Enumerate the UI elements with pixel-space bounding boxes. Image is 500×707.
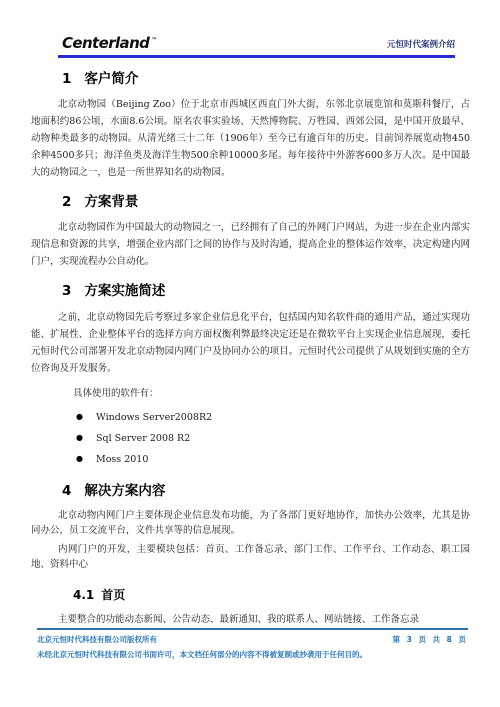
section-title: 方案背景 (84, 194, 138, 210)
section-number: 3 (62, 283, 71, 299)
paragraph: 北京动物内网门户主要体现企业信息发布功能，为了各部门更好地协作，加快办公效率，尤… (31, 508, 470, 538)
footer-divider (37, 628, 468, 630)
section-heading-1: 1客户简介 (62, 71, 470, 87)
bullet-icon: ● (76, 434, 83, 442)
company-logo: Centerland™ (62, 36, 157, 51)
paragraph: 北京动物园（Beijing Zoo）位于北京市西城区西直门外大街，东邻北京展览馆… (31, 96, 470, 181)
section-number: 1 (62, 71, 71, 87)
doc-title: 元恒时代案例介绍 (387, 38, 455, 51)
page-number: 第 3 页 共 8 页 (393, 634, 469, 645)
header-divider (58, 55, 455, 58)
paragraph: 内网门户的开发，主要模块包括：首页、工作备忘录、部门工作、工作平台、工作动态、职… (31, 542, 470, 572)
paragraph: 主要整合的功能动态新闻、公告动态、最新通知、我的联系人、网站链接、工作备忘录 (31, 611, 470, 628)
logo-text: Centerland (62, 34, 149, 52)
bullet-icon: ● (76, 413, 83, 421)
software-name: Moss 2010 (96, 449, 148, 470)
list-item: ● Moss 2010 (76, 449, 470, 470)
software-name: Sql Server 2008 R2 (96, 428, 190, 449)
header-row: Centerland™ 元恒时代案例介绍 (0, 0, 500, 55)
list-item: ● Sql Server 2008 R2 (76, 428, 470, 449)
paragraph: 之前，北京动物园先后考察过多家企业信息化平台，包括国内知名软件商的通用产品，通过… (31, 309, 470, 377)
copyright-text: 北京元恒时代科技有限公司版权所有 (37, 634, 157, 645)
bullet-icon: ● (76, 455, 83, 463)
subsection-heading-4-1: 4.1首页 (73, 588, 470, 602)
list-item: ● Windows Server2008R2 (76, 407, 470, 428)
software-intro: 具体使用的软件有： (31, 385, 470, 402)
page-footer: 北京元恒时代科技有限公司版权所有 第 3 页 共 8 页 未经北京元恒时代科技有… (0, 628, 500, 660)
section-title: 解决方案内容 (84, 483, 165, 499)
section-title: 客户简介 (84, 71, 138, 87)
section-number: 4 (62, 483, 71, 499)
software-name: Windows Server2008R2 (96, 407, 212, 428)
section-title: 方案实施简述 (84, 283, 165, 299)
section-heading-2: 2方案背景 (62, 194, 470, 210)
confidentiality-notice: 未经北京元恒时代科技有限公司书面许可，本文档任何部分的内容不得被复制或抄袭用于任… (37, 649, 463, 660)
subsection-number: 4.1 (73, 588, 94, 602)
section-number: 2 (62, 194, 71, 210)
page-header: Centerland™ 元恒时代案例介绍 (0, 0, 500, 58)
section-heading-4: 4解决方案内容 (62, 483, 470, 499)
subsection-title: 首页 (101, 588, 125, 602)
trademark-icon: ™ (151, 37, 156, 44)
section-heading-3: 3方案实施简述 (62, 283, 470, 299)
software-list: ● Windows Server2008R2 ● Sql Server 2008… (76, 407, 470, 470)
document-body: 1客户简介 北京动物园（Beijing Zoo）位于北京市西城区西直门外大街，东… (0, 71, 500, 628)
footer-line-1: 北京元恒时代科技有限公司版权所有 第 3 页 共 8 页 (37, 634, 468, 645)
paragraph: 北京动物园作为中国最大的动物园之一，已经拥有了自己的外网门户网站，为进一步在企业… (31, 219, 470, 270)
document-page: Centerland™ 元恒时代案例介绍 1客户简介 北京动物园（Beijing… (0, 0, 500, 707)
